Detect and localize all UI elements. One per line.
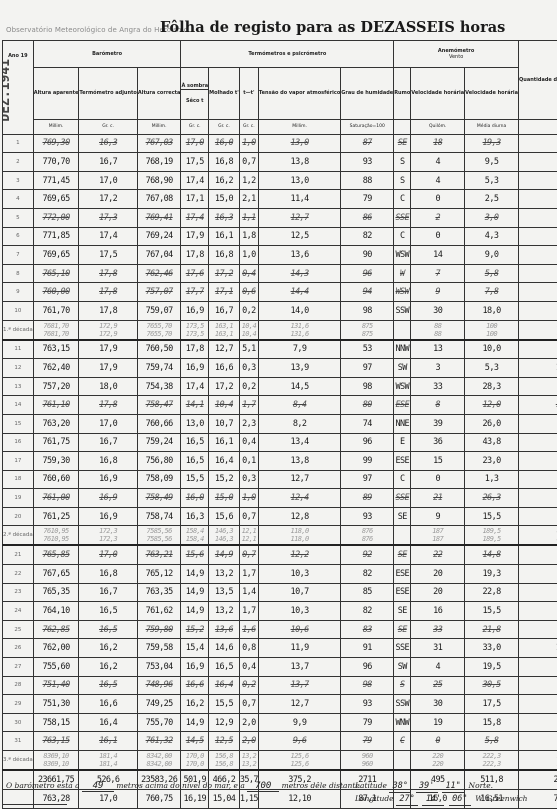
cell-v2: 21,8 <box>465 620 519 639</box>
day-number: 6 <box>3 227 34 246</box>
vento-label: Vento <box>394 54 518 60</box>
cell-alt_c: 759,24 <box>137 433 181 452</box>
cell-term: 16,9 <box>79 470 138 489</box>
cell-alt_c: 760,66 <box>137 414 181 433</box>
table-row: 16761,7516,7759,2416,516,10,413,496E3643… <box>3 433 557 452</box>
cell-alt_ap: 763,15 <box>33 340 79 359</box>
cell-v2: 5,3 <box>465 171 519 190</box>
decade-t: 170,0170,0 <box>181 751 209 771</box>
cell-ten: 9,6 <box>258 732 340 751</box>
decade-v1: 220220 <box>411 751 465 771</box>
cell-v1: 0 <box>411 190 465 209</box>
cell-nuv: 7 <box>519 246 557 265</box>
cell-nuv: 2 <box>519 190 557 209</box>
longitude-label: Longitude <box>355 794 394 803</box>
cell-hum: 92 <box>341 545 394 564</box>
cell-alt_ap: 760,00 <box>33 283 79 302</box>
cell-d: 0,8 <box>239 639 258 658</box>
decade-v2: 222,3222,3 <box>465 751 519 771</box>
unit-cell <box>519 119 557 134</box>
total-tm: 15,04 <box>209 790 240 809</box>
cell-term: 16,9 <box>79 507 138 526</box>
barometer-text-1: O barómetro está a <box>6 781 80 790</box>
day-number: 14 <box>3 396 34 415</box>
decade-tm: 163,1163,1 <box>209 320 240 340</box>
cell-tm: 10,7 <box>209 414 240 433</box>
cell-t: 14,9 <box>181 583 209 602</box>
cell-ten: 13,0 <box>258 171 340 190</box>
cell-v1: 0 <box>411 470 465 489</box>
cell-term: 16,8 <box>79 452 138 471</box>
cell-term: 16,8 <box>79 565 138 584</box>
decade-label: 1.ª década <box>3 320 34 340</box>
cell-ten: 12,4 <box>258 489 340 508</box>
cell-t: 17,8 <box>181 340 209 359</box>
cell-term: 17,4 <box>79 227 138 246</box>
cell-t: 16,5 <box>181 433 209 452</box>
cell-d: 0,6 <box>239 283 258 302</box>
decade-alt_ap: 7681,707681,70 <box>33 320 79 340</box>
units-row: Millim.Gr. c.Millim.Gr. c.Gr. c.Gr. c.Mi… <box>3 119 557 134</box>
seco-header: À sombraSêco t <box>181 67 209 119</box>
cell-d: 2,0 <box>239 713 258 732</box>
total-alt_ap: 763,28 <box>33 790 79 809</box>
day-number: 15 <box>3 414 34 433</box>
cell-alt_c: 756,80 <box>137 452 181 471</box>
tensao-header: Tensão do vapor atmosférico <box>258 67 340 119</box>
cell-nuv: 7 <box>519 283 557 302</box>
cell-hum: 94 <box>341 283 394 302</box>
cell-hum: 79 <box>341 713 394 732</box>
diff-header: t—t' <box>239 67 258 119</box>
cell-v2: 2,5 <box>465 190 519 209</box>
decade-alt_c: 7585,567585,56 <box>137 526 181 546</box>
cell-nuv: 7 <box>519 227 557 246</box>
cell-alt_c: 769,24 <box>137 227 181 246</box>
cell-term: 17,8 <box>79 396 138 415</box>
cell-t: 15,4 <box>181 639 209 658</box>
cell-alt_ap: 761,10 <box>33 396 79 415</box>
cell-alt_ap: 769,65 <box>33 190 79 209</box>
cell-hum: 93 <box>341 153 394 172</box>
altura-correcta-header: Altura correcta <box>137 67 181 119</box>
table-row: 9760,0017,8757,0717,717,10,614,494WSW97,… <box>3 283 557 302</box>
cell-v2: 14,8 <box>465 545 519 564</box>
cell-term: 17,0 <box>79 414 138 433</box>
cell-term: 17,2 <box>79 190 138 209</box>
cell-hum: 96 <box>341 433 394 452</box>
cell-alt_c: 758,49 <box>137 489 181 508</box>
cell-alt_ap: 771,85 <box>33 227 79 246</box>
cell-alt_ap: 772,00 <box>33 208 79 227</box>
cell-d: 0,1 <box>239 452 258 471</box>
cell-hum: 80 <box>341 396 394 415</box>
lon-sec: 06" <box>449 793 471 806</box>
cell-hum: 93 <box>341 695 394 714</box>
cell-t: 14,9 <box>181 713 209 732</box>
cell-ten: 12,7 <box>258 470 340 489</box>
cell-nuv: 9 <box>519 676 557 695</box>
table-row: 28751,4016,5748,9616,616,40,213,798S2530… <box>3 676 557 695</box>
cell-hum: 88 <box>341 171 394 190</box>
cell-d: 0,2 <box>239 377 258 396</box>
cell-t: 15,2 <box>181 620 209 639</box>
cell-v2: 19,3 <box>465 565 519 584</box>
cell-term: 17,5 <box>79 246 138 265</box>
cell-alt_ap: 770,70 <box>33 153 79 172</box>
decade-term: 172,3172,3 <box>79 526 138 546</box>
table-row: 25762,8516,5759,8015,213,61,610,683SE332… <box>3 620 557 639</box>
cell-t: 17,0 <box>181 134 209 153</box>
unit-cell: Gr. c. <box>239 119 258 134</box>
cell-alt_ap: 761,75 <box>33 433 79 452</box>
cell-hum: 90 <box>341 246 394 265</box>
cell-t: 16,9 <box>181 658 209 677</box>
cell-nuv: 3 <box>519 507 557 526</box>
cell-alt_ap: 765,85 <box>33 545 79 564</box>
altura-aparente-header: Altura aparente <box>33 67 79 119</box>
day-number: 24 <box>3 602 34 621</box>
cell-tm: 14,6 <box>209 639 240 658</box>
decade-term: 181,4181,4 <box>79 751 138 771</box>
cell-tm: 16,4 <box>209 452 240 471</box>
vel1-header: Velocidade horária <box>411 67 465 119</box>
cell-rumo: WSW <box>394 246 411 265</box>
decade-nuv: 9090 <box>519 751 557 771</box>
decade-ten: 131,6131,6 <box>258 320 340 340</box>
cell-hum: 98 <box>341 301 394 320</box>
cell-rumo: SSE <box>394 639 411 658</box>
lon-min: 14' <box>422 793 444 806</box>
cell-tm: 16,7 <box>209 301 240 320</box>
cell-hum: 93 <box>341 507 394 526</box>
cell-ten: 13,7 <box>258 658 340 677</box>
cell-ten: 11,4 <box>258 190 340 209</box>
cell-tm: 17,1 <box>209 283 240 302</box>
cell-nuv: 9 <box>519 695 557 714</box>
cell-v1: 13 <box>411 340 465 359</box>
decade-nuv: 8282 <box>519 526 557 546</box>
cell-t: 16,6 <box>181 676 209 695</box>
cell-v2: 12,0 <box>465 396 519 415</box>
cell-alt_ap: 769,30 <box>33 134 79 153</box>
cell-tm: 16,0 <box>209 134 240 153</box>
cell-v2: 15,5 <box>465 507 519 526</box>
cell-d: 2,3 <box>239 414 258 433</box>
cell-ten: 12,7 <box>258 208 340 227</box>
decade-hum: 960960 <box>341 751 394 771</box>
cell-nuv: 10 <box>519 359 557 378</box>
cell-alt_ap: 764,10 <box>33 602 79 621</box>
cell-hum: 83 <box>341 620 394 639</box>
cell-rumo: SW <box>394 658 411 677</box>
day-number: 13 <box>3 377 34 396</box>
cell-rumo: NNE <box>394 414 411 433</box>
cell-alt_c: 759,07 <box>137 301 181 320</box>
cell-tm: 16,5 <box>209 658 240 677</box>
barometer-text-3: metros dêle distante. <box>282 781 363 790</box>
day-number: 9 <box>3 283 34 302</box>
cell-alt_ap: 767,65 <box>33 565 79 584</box>
table-row: 5772,0017,3769,4117,416,31,112,786SSE23,… <box>3 208 557 227</box>
day-number: 1 <box>3 134 34 153</box>
termometros-group: Termómetros e psicrómetro <box>181 41 394 68</box>
cell-hum: 89 <box>341 489 394 508</box>
cell-v2: 4,3 <box>465 227 519 246</box>
table-row: 27755,6016,2753,0416,916,50,413,796SW419… <box>3 658 557 677</box>
cell-hum: 79 <box>341 190 394 209</box>
total-ten: 12,10 <box>258 790 340 809</box>
cell-rumo: C <box>394 732 411 751</box>
decade-rumo <box>394 751 411 771</box>
day-number: 18 <box>3 470 34 489</box>
total-t: 16,19 <box>181 790 209 809</box>
cell-hum: 82 <box>341 565 394 584</box>
cell-alt_c: 758,74 <box>137 507 181 526</box>
decade-v2: 100100 <box>465 320 519 340</box>
molhado-header: Molhado t' <box>209 67 240 119</box>
table-row: 30758,1516,4755,7014,912,92,09,979WNW191… <box>3 713 557 732</box>
decade-hum: 875875 <box>341 320 394 340</box>
cell-ten: 9,9 <box>258 713 340 732</box>
cell-v1: 4 <box>411 153 465 172</box>
cell-tm: 13,2 <box>209 602 240 621</box>
total-alt_c: 760,75 <box>137 790 181 809</box>
cell-v1: 9 <box>411 507 465 526</box>
unit-cell: Gr. c. <box>209 119 240 134</box>
cell-hum: 85 <box>341 583 394 602</box>
cell-term: 17,9 <box>79 359 138 378</box>
cell-t: 16,5 <box>181 452 209 471</box>
decade-v2: 189,5189,5 <box>465 526 519 546</box>
cell-alt_ap: 761,70 <box>33 301 79 320</box>
day-number: 3 <box>3 171 34 190</box>
cell-v1: 15 <box>411 452 465 471</box>
cell-ten: 13,7 <box>258 676 340 695</box>
cell-nuv: 9 <box>519 340 557 359</box>
cell-v2: 26,3 <box>465 489 519 508</box>
table-row: 31763,1516,1761,3214,512,52,09,679C05,89… <box>3 732 557 751</box>
table-row: 20761,2516,9758,7416,315,60,712,893SE915… <box>3 507 557 526</box>
decade-alt_c: 8342,008342,00 <box>137 751 181 771</box>
nuvens-header: Quantidade de nuvens 0 a 10 <box>519 41 557 120</box>
cell-nuv: 9 <box>519 565 557 584</box>
cell-tm: 16,4 <box>209 676 240 695</box>
day-number: 29 <box>3 695 34 714</box>
cell-tm: 15,2 <box>209 470 240 489</box>
cell-rumo: C <box>394 470 411 489</box>
page-title: Fôlha de registo para as DEZASSEIS horas <box>160 19 505 36</box>
termometro-adjunto-header: Termómetro adjunto <box>79 67 138 119</box>
cell-term: 16,2 <box>79 658 138 677</box>
cell-nuv: 7 <box>519 433 557 452</box>
cell-t: 14,9 <box>181 565 209 584</box>
table-row: 8765,1017,8762,4617,617,20,414,396W75,89… <box>3 264 557 283</box>
cell-v1: 3 <box>411 359 465 378</box>
unit-cell: Gr. c. <box>181 119 209 134</box>
cell-ten: 13,8 <box>258 452 340 471</box>
cell-rumo: S <box>394 171 411 190</box>
cell-hum: 82 <box>341 602 394 621</box>
cell-nuv: 9 <box>519 732 557 751</box>
table-row: 7769,6517,5767,0417,816,81,013,690WSW149… <box>3 246 557 265</box>
cell-alt_c: 754,38 <box>137 377 181 396</box>
cell-tm: 16,8 <box>209 246 240 265</box>
cell-t: 14,9 <box>181 602 209 621</box>
decade-nuv: 6767 <box>519 320 557 340</box>
decade-summary-row: 2.ª década7610,957610,95172,3172,37585,5… <box>3 526 557 546</box>
cell-tm: 17,2 <box>209 264 240 283</box>
unit-cell: Millim. <box>258 119 340 134</box>
cell-alt_c: 767,03 <box>137 134 181 153</box>
lat-min: 39' <box>416 780 438 793</box>
cell-rumo: SW <box>394 359 411 378</box>
cell-d: 1,7 <box>239 565 258 584</box>
cell-d: 1,0 <box>239 246 258 265</box>
ano-mes-cell: Ano 19 DEZ.1941 <box>3 41 34 135</box>
cell-t: 17,6 <box>181 264 209 283</box>
cell-alt_c: 759,74 <box>137 359 181 378</box>
cell-d: 0,2 <box>239 301 258 320</box>
a-sombra-label: À sombra <box>181 83 208 90</box>
cell-v2: 15,5 <box>465 602 519 621</box>
cell-v2: 30,5 <box>465 676 519 695</box>
cell-hum: 98 <box>341 377 394 396</box>
cell-term: 16,1 <box>79 732 138 751</box>
cell-tm: 10,4 <box>209 396 240 415</box>
cell-d: 0,7 <box>239 695 258 714</box>
cell-hum: 53 <box>341 340 394 359</box>
cell-hum: 87 <box>341 134 394 153</box>
cell-t: 17,9 <box>181 227 209 246</box>
cell-rumo: W <box>394 264 411 283</box>
decade-label: 2.ª década <box>3 526 34 546</box>
cell-rumo: C <box>394 190 411 209</box>
cell-nuv: 8 <box>519 602 557 621</box>
cell-alt_c: 768,19 <box>137 153 181 172</box>
decade-summary-row: 1.ª década7681,707681,70172,9172,97655,7… <box>3 320 557 340</box>
cell-term: 16,2 <box>79 639 138 658</box>
cell-alt_c: 761,62 <box>137 602 181 621</box>
decade-d: 10,410,4 <box>239 320 258 340</box>
cell-term: 16,5 <box>79 676 138 695</box>
barometer-note: O barómetro está a 49 metros acima do ní… <box>6 781 362 792</box>
decade-ten: 125,6125,6 <box>258 751 340 771</box>
day-number: 17 <box>3 452 34 471</box>
cell-alt_c: 763,21 <box>137 545 181 564</box>
cell-v1: 39 <box>411 414 465 433</box>
day-number: 30 <box>3 713 34 732</box>
cell-d: 2,1 <box>239 190 258 209</box>
cell-v2: 26,0 <box>465 414 519 433</box>
cell-nuv: 3 <box>519 583 557 602</box>
distance-value: 700 <box>247 781 279 792</box>
cell-rumo: NNW <box>394 340 411 359</box>
cell-alt_ap: 758,15 <box>33 713 79 732</box>
day-number: 22 <box>3 565 34 584</box>
cell-nuv: 8 <box>519 470 557 489</box>
cell-alt_ap: 755,60 <box>33 658 79 677</box>
cell-term: 16,7 <box>79 153 138 172</box>
cell-alt_ap: 757,20 <box>33 377 79 396</box>
cell-alt_c: 748,96 <box>137 676 181 695</box>
cell-rumo: SE <box>394 507 411 526</box>
cell-ten: 14,3 <box>258 264 340 283</box>
cell-alt_ap: 761,25 <box>33 507 79 526</box>
day-number: 16 <box>3 433 34 452</box>
cell-v1: 33 <box>411 620 465 639</box>
table-row: 22767,6516,8765,1214,913,21,710,382ESE20… <box>3 565 557 584</box>
cell-alt_c: 759,80 <box>137 620 181 639</box>
cell-d: 0,4 <box>239 433 258 452</box>
cell-v1: 30 <box>411 695 465 714</box>
cell-tm: 13,6 <box>209 620 240 639</box>
cell-t: 13,0 <box>181 414 209 433</box>
cell-hum: 97 <box>341 470 394 489</box>
cell-alt_c: 753,04 <box>137 658 181 677</box>
cell-alt_c: 767,08 <box>137 190 181 209</box>
decade-v1: 8888 <box>411 320 465 340</box>
cell-t: 17,4 <box>181 171 209 190</box>
cell-tm: 16,3 <box>209 208 240 227</box>
cell-nuv: 8 <box>519 658 557 677</box>
anemometro-group: AnemómetroVento <box>394 41 519 68</box>
cell-tm: 15,0 <box>209 190 240 209</box>
cell-term: 18,0 <box>79 377 138 396</box>
barometro-group: Barómetro <box>33 41 181 68</box>
cell-v2: 22,8 <box>465 583 519 602</box>
cell-term: 17,9 <box>79 340 138 359</box>
coordinates: Latitude 38° 39' 11" Norte. Longitude 27… <box>355 780 528 806</box>
cell-v1: 21 <box>411 489 465 508</box>
cell-t: 16,9 <box>181 359 209 378</box>
cell-nuv: 9 <box>519 620 557 639</box>
unit-cell: Quilóm. <box>411 119 465 134</box>
cell-rumo: WSW <box>394 283 411 302</box>
unit-cell: Millim. <box>137 119 181 134</box>
cell-tm: 16,2 <box>209 171 240 190</box>
cell-alt_ap: 762,00 <box>33 639 79 658</box>
cell-rumo: SE <box>394 134 411 153</box>
day-number: 11 <box>3 340 34 359</box>
cell-nuv: 3 <box>519 134 557 153</box>
cell-d: 0,4 <box>239 658 258 677</box>
title-hour: DEZASSEIS <box>360 19 454 36</box>
table-row: 13757,2018,0754,3817,417,20,214,598WSW33… <box>3 377 557 396</box>
decade-hum: 876876 <box>341 526 394 546</box>
unit-cell: Saturação=100 <box>341 119 394 134</box>
cell-v1: 18 <box>411 134 465 153</box>
date-stamp: DEZ.1941 <box>3 59 9 122</box>
humidade-header: Grau de humidade <box>341 67 394 119</box>
cell-ten: 14,5 <box>258 377 340 396</box>
table-row: 24764,1016,5761,6214,913,21,710,382SE161… <box>3 602 557 621</box>
latitude-line: Latitude 38° 39' 11" Norte. <box>355 780 528 793</box>
cell-rumo: SSE <box>394 489 411 508</box>
cell-v2: 17,5 <box>465 695 519 714</box>
cell-tm: 13,2 <box>209 565 240 584</box>
table-row: 23765,3516,7763,3514,913,51,410,785ESE20… <box>3 583 557 602</box>
cell-ten: 12,8 <box>258 507 340 526</box>
cell-ten: 14,0 <box>258 301 340 320</box>
table-row: 2770,7016,7768,1917,516,80,713,893S49,58… <box>3 153 557 172</box>
cell-t: 17,5 <box>181 153 209 172</box>
cell-v2: 19,5 <box>465 658 519 677</box>
cell-hum: 82 <box>341 227 394 246</box>
cell-term: 17,8 <box>79 264 138 283</box>
lat-sec: 11" <box>442 780 464 793</box>
cell-v2: 10,0 <box>465 340 519 359</box>
